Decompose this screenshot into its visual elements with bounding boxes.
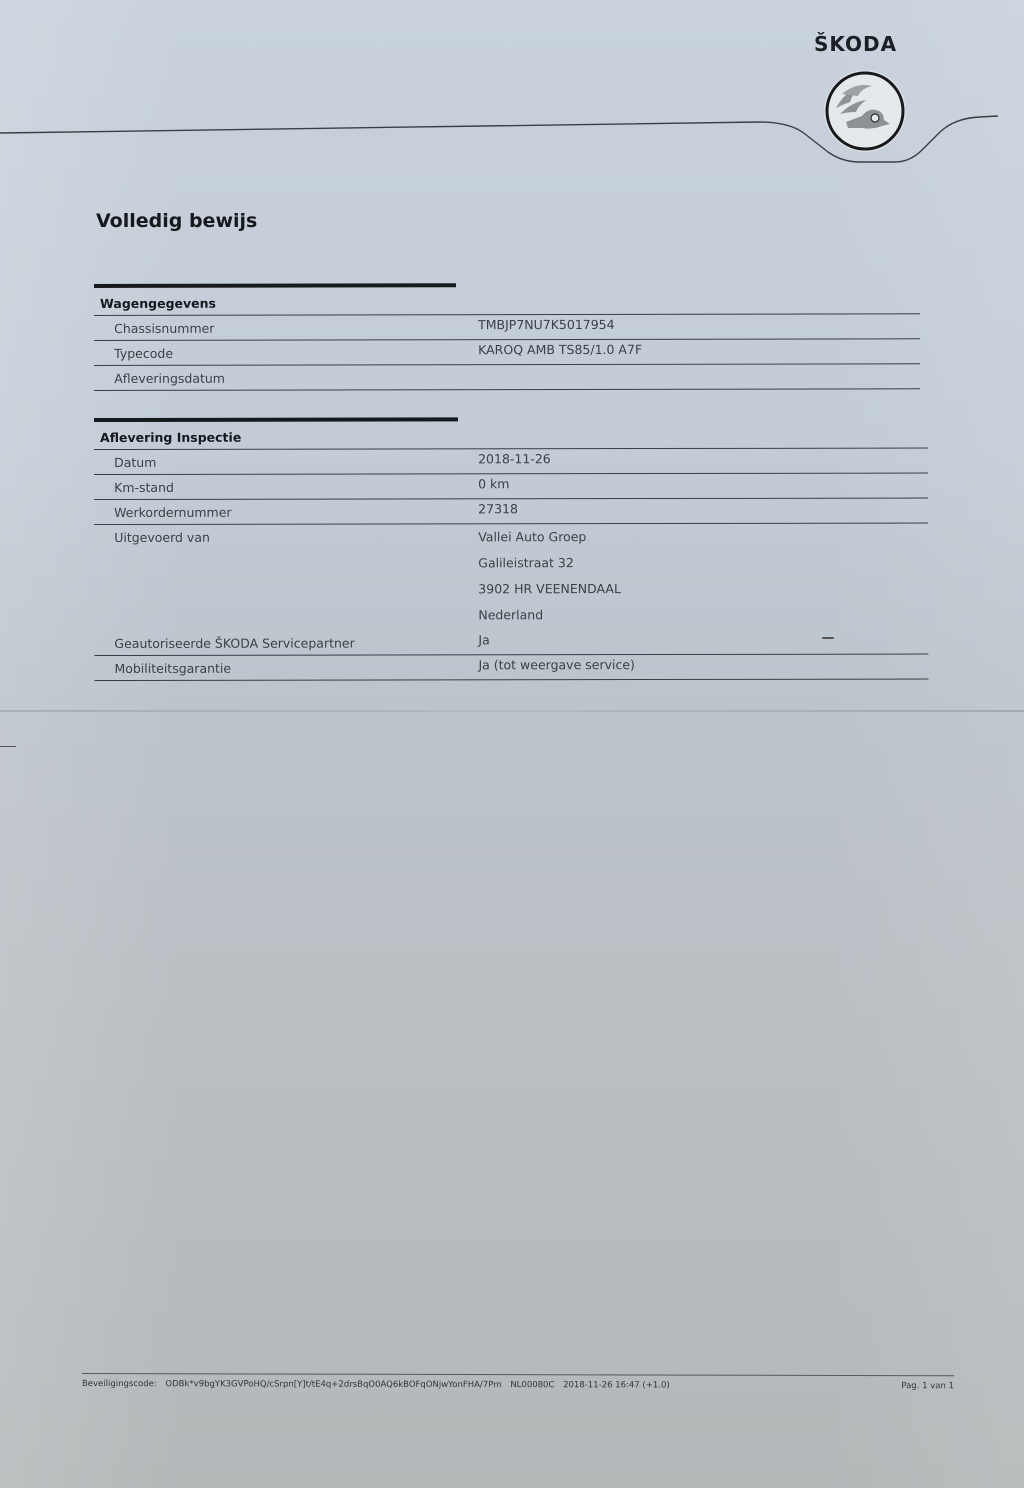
page-number: Pag. 1 van 1 bbox=[901, 1381, 954, 1391]
row-label: Werkordernummer bbox=[94, 499, 458, 520]
dealer-country: Nederland bbox=[478, 604, 928, 631]
row-label: Datum bbox=[94, 449, 458, 470]
row-value bbox=[458, 364, 920, 367]
table-row: Geautoriseerde ŠKODA Servicepartner Ja bbox=[94, 630, 928, 655]
row-label: Chassisnummer bbox=[94, 315, 458, 336]
row-value: KAROQ AMB TS85/1.0 A7F bbox=[458, 339, 920, 357]
table-row: Datum 2018-11-26 bbox=[94, 448, 928, 474]
dealer-code: NL00080C bbox=[510, 1380, 554, 1390]
table-row: Afleveringsdatum bbox=[94, 363, 920, 391]
section-title: Aflevering Inspectie bbox=[94, 421, 928, 449]
print-timestamp: 2018-11-26 16:47 (+1.0) bbox=[563, 1380, 670, 1390]
vehicle-data-section: Wagengegevens Chassisnummer TMBJP7NU7K50… bbox=[94, 282, 920, 391]
document-title: Volledig bewijs bbox=[96, 210, 257, 232]
delivery-inspection-section: Aflevering Inspectie Datum 2018-11-26 Km… bbox=[94, 417, 928, 681]
row-label: Mobiliteitsgarantie bbox=[94, 655, 458, 676]
row-value: Ja (tot weergave service) bbox=[458, 655, 928, 673]
row-label: Km-stand bbox=[94, 474, 458, 495]
table-row: Chassisnummer TMBJP7NU7K5017954 bbox=[94, 313, 920, 340]
security-code: ODBk*v9bgYK3GVPoHQ/cSrpn[Y]t/tE4q+2drsBq… bbox=[165, 1379, 501, 1390]
row-value: TMBJP7NU7K5017954 bbox=[458, 314, 920, 332]
row-value: 2018-11-26 bbox=[458, 449, 928, 467]
footer-security-info: Beveiligingscode: ODBk*v9bgYK3GVPoHQ/cSr… bbox=[82, 1379, 676, 1391]
table-row: Werkordernummer 27318 bbox=[94, 498, 928, 524]
row-label: Afleveringsdatum bbox=[94, 365, 458, 386]
dealer-city: 3902 HR VEENENDAAL bbox=[478, 578, 928, 605]
table-row: Km-stand 0 km bbox=[94, 473, 928, 499]
security-label: Beveiligingscode: bbox=[82, 1379, 157, 1389]
skoda-winged-arrow-icon bbox=[822, 68, 908, 154]
table-row: Mobiliteitsgarantie Ja (tot weergave ser… bbox=[94, 654, 928, 681]
row-value: Ja bbox=[458, 630, 928, 648]
section-title: Wagengegevens bbox=[94, 286, 920, 315]
dealer-street: Galileistraat 32 bbox=[478, 552, 928, 579]
fold-mark bbox=[0, 746, 16, 747]
row-value: 27318 bbox=[458, 499, 928, 517]
row-label: Uitgevoerd van bbox=[94, 524, 458, 545]
pen-mark bbox=[822, 637, 834, 639]
dealer-name: Vallei Auto Groep bbox=[478, 526, 928, 553]
row-label: Typecode bbox=[94, 340, 458, 361]
table-row-performed-by: Uitgevoerd van Vallei Auto Groep Galilei… bbox=[94, 523, 928, 631]
document-footer: Beveiligingscode: ODBk*v9bgYK3GVPoHQ/cSr… bbox=[82, 1373, 954, 1391]
row-value: 0 km bbox=[458, 474, 928, 492]
table-row: Typecode KAROQ AMB TS85/1.0 A7F bbox=[94, 338, 920, 365]
paper-fold-line bbox=[0, 710, 1024, 712]
brand-wordmark: ŠKODA bbox=[814, 32, 897, 56]
dealer-address: Vallei Auto Groep Galileistraat 32 3902 … bbox=[458, 524, 928, 631]
row-label: Geautoriseerde ŠKODA Servicepartner bbox=[94, 630, 458, 651]
